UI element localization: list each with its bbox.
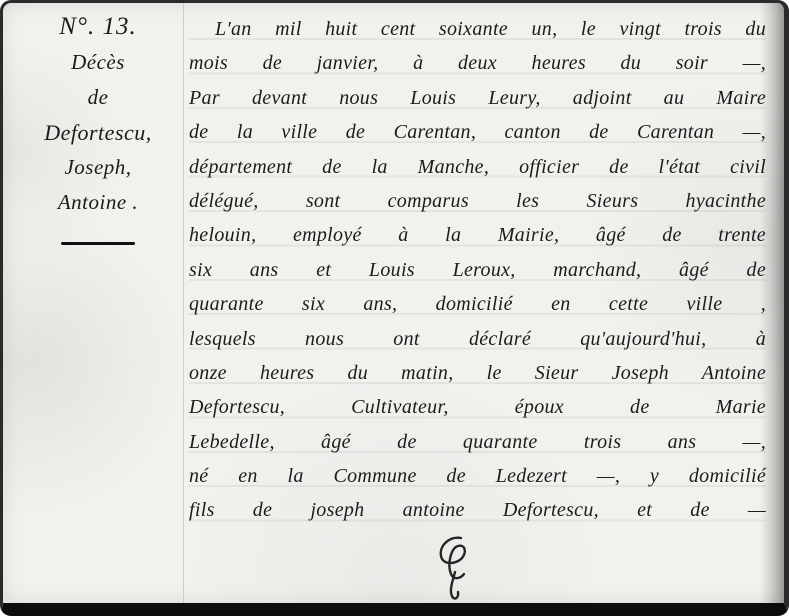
margin-divider-line [61,242,135,245]
scanned-death-record: N°. 13. Décès de Defortescu, Joseph, Ant… [0,0,789,616]
manuscript-line: mois de janvier, à deux heures du soir —… [189,46,766,80]
manuscript-line: département de la Manche, officier de l'… [189,150,766,184]
manuscript-line: onze heures du matin, le Sieur Joseph An… [189,356,766,390]
manuscript-line: Par devant nous Louis Leury, adjoint au … [189,81,766,115]
manuscript-line: lesquels nous ont déclaré qu'aujourd'hui… [189,322,766,356]
margin-line-middlename: Antoine . [19,185,177,220]
manuscript-line: Lebedelle, âgé de quarante trois ans —, [189,425,766,459]
manuscript-line: helouin, employé à la Mairie, âgé de tre… [189,218,766,252]
manuscript-line: quarante six ans, domicilié en cette vil… [189,287,766,321]
manuscript-line: né en la Commune de Ledezert —, y domici… [189,459,766,493]
manuscript-text: L'an mil huit cent soixante un, le vingt… [189,12,766,528]
margin-rule [183,3,184,603]
margin-line-deces: Décès [19,45,177,80]
manuscript-line: L'an mil huit cent soixante un, le vingt… [189,12,766,46]
margin-line-de: de [19,80,177,115]
record-number: N°. 13. [19,9,177,45]
scan-frame: N°. 13. Décès de Defortescu, Joseph, Ant… [0,0,789,616]
margin-line-surname: Defortescu, [19,115,177,150]
signature-flourish-icon [431,534,477,604]
margin-annotation: N°. 13. Décès de Defortescu, Joseph, Ant… [19,9,177,245]
manuscript-line: six ans et Louis Leroux, marchand, âgé d… [189,253,766,287]
manuscript-line: Defortescu, Cultivateur, époux de Marie [189,390,766,424]
manuscript-line: délégué, sont comparus les Sieurs hyacin… [189,184,766,218]
margin-line-firstname: Joseph, [19,150,177,185]
manuscript-line: de la ville de Carentan, canton de Caren… [189,115,766,149]
manuscript-line: fils de joseph antoine Defortescu, et de… [189,493,766,527]
